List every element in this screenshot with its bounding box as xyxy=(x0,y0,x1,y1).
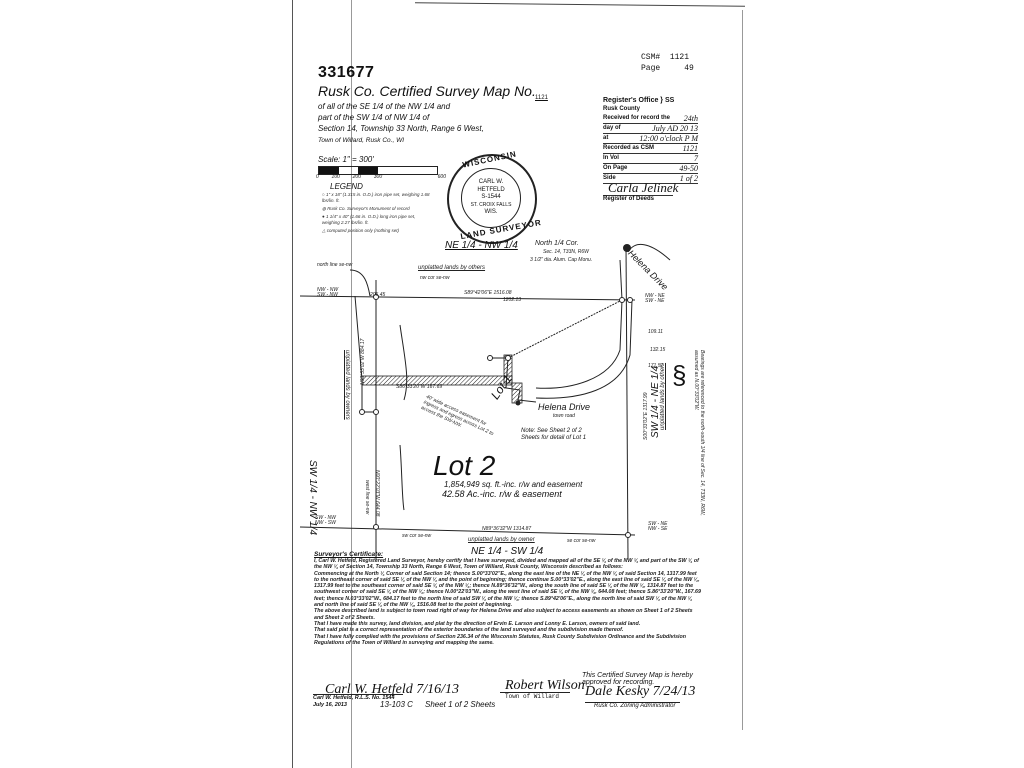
sheet-label: Sheet 1 of 2 Sheets xyxy=(425,700,495,709)
survey-map-drawing xyxy=(290,240,740,560)
register-label: at xyxy=(603,134,608,143)
legend-item: ● 1 1/4" x 40" (1.66 in. O.D.) long iron… xyxy=(322,214,432,226)
north-west-seg: 205.45 xyxy=(370,292,385,298)
document-number: 331677 xyxy=(318,64,374,82)
scale-tick: 0 xyxy=(316,174,319,180)
description-line: Section 14, Township 33 North, Range 6 W… xyxy=(318,124,484,133)
register-title: Register's Office xyxy=(603,97,658,104)
register-value: 24th xyxy=(684,114,698,123)
description-line: part of the SW 1/4 of NW 1/4 of xyxy=(318,113,429,122)
zoning-label: Rusk Co. Zoning Administrator xyxy=(594,703,675,709)
legend-title: LEGEND xyxy=(330,182,363,191)
north-corner-monument: 3 1/2" dia. Alum. Cap Monu. xyxy=(530,257,592,263)
legend-text: computed position only (nothing set) xyxy=(327,228,399,233)
legend-text: 1" x 18" (1.315 in. O.D.) iron pipe set,… xyxy=(322,192,429,203)
east-seg: 109.11 xyxy=(648,329,663,335)
corner-tag: NW - SE xyxy=(648,526,667,532)
west-lower-bearing: N03°33'02"W 884.17 xyxy=(360,339,366,385)
csm-number: 1121 xyxy=(535,95,548,101)
quarter-label-top: NE 1/4 - NW 1/4 xyxy=(445,240,518,251)
description-line: Town of Willard, Rusk Co., WI xyxy=(318,137,404,144)
register-box: Register's Office } SS Rusk County Recei… xyxy=(603,96,698,184)
register-value: 49-50 xyxy=(679,164,698,173)
register-row: Received for record the24th xyxy=(603,114,698,124)
nw-cor-label: nw cor se-nw xyxy=(420,275,449,281)
quarter-label-bottom: NE 1/4 - SW 1/4 xyxy=(471,546,543,557)
scale-tick: 300 xyxy=(374,174,382,180)
certificate-paragraph: I, Carl W. Hetfeld, Registered Land Surv… xyxy=(314,558,702,571)
register-signature: Carla Jelinek xyxy=(608,180,678,196)
east-line-bearing: S00°33'02"E 1317.99 xyxy=(643,392,649,440)
sw-cor-label: sw cor se-nw xyxy=(402,533,431,539)
legend-text: 1 1/4" x 40" (1.66 in. O.D.) long iron p… xyxy=(322,214,415,225)
register-value: 1 of 2 xyxy=(680,174,698,183)
north-line-bearing: S89°42'06"E 1516.08 xyxy=(464,290,512,296)
seal-line: WIS. xyxy=(462,209,520,217)
certificate-title: Surveyor's Certificate: xyxy=(314,551,383,558)
register-signature-label: Register of Deeds xyxy=(603,195,673,202)
register-ss: SS xyxy=(665,97,674,104)
north-corner-sec: Sec. 14, T33N, R6W xyxy=(543,249,589,255)
corner-tag: SW - NW xyxy=(317,292,338,298)
unplatted-right: unplatted lands by others xyxy=(660,363,666,430)
register-row: Recorded as CSM1121 xyxy=(603,144,698,154)
register-value: 12:00 o'clock P M xyxy=(639,134,698,143)
register-row: at12:00 o'clock P M xyxy=(603,134,698,144)
job-number: 13-103 C xyxy=(380,700,413,709)
seal-line: HETFELD xyxy=(462,187,520,195)
unplatted-top: unplatted lands by others xyxy=(418,265,485,271)
scale-tick: 200 xyxy=(353,174,361,180)
seal-line: S-1544 xyxy=(462,194,520,202)
easement-bearing: S86°33'20"W 167.69 xyxy=(396,384,442,390)
register-row: On Page49-50 xyxy=(603,164,698,174)
register-row: day ofJuly AD 20 13 xyxy=(603,124,698,134)
unplatted-left: unplatted lands by owners xyxy=(344,350,350,420)
survey-date: July 16, 2013 xyxy=(313,702,347,708)
seal-line: CARL W. xyxy=(462,179,520,187)
register-value: 7 xyxy=(694,154,698,163)
certificate-paragraph: Commencing at the North ¼ Corner of said… xyxy=(314,571,702,609)
west-line-bearing: N00°22'03"W 644.08 xyxy=(374,470,380,516)
register-value: 1121 xyxy=(683,144,698,153)
north-corner-label: North 1/4 Cor. xyxy=(535,240,579,247)
description-line: of all of the SE 1/4 of the NW 1/4 and xyxy=(318,102,450,111)
seal-line: ST. CROIX FALLS xyxy=(462,202,520,210)
legend-item: ◍ Rusk Co. Surveyor's Monument of record xyxy=(322,206,432,212)
csm-ref-label: CSM# xyxy=(641,53,660,62)
register-row: In Vol7 xyxy=(603,154,698,164)
legend-item: △ computed position only (nothing set) xyxy=(322,228,432,234)
lot2-label: Lot 2 xyxy=(433,450,495,482)
csm-title: Rusk Co. Certified Survey Map No. xyxy=(318,83,536,99)
lot2-area-sqft: 1,854,949 sq. ft.-inc. r/w and easement xyxy=(444,480,582,489)
csm-reference: CSM# 1121 Page 49 xyxy=(641,52,694,74)
west-line-label: west line se-nw xyxy=(364,480,370,514)
town-label: Town of Willard xyxy=(505,693,559,700)
register-label: Recorded as CSM xyxy=(603,144,654,153)
zoning-signature: Dale Kesky 7/24/13 xyxy=(585,684,695,700)
register-label: In Vol xyxy=(603,154,619,163)
csm-ref-value: 1121 xyxy=(670,53,689,62)
helena-drive-label: Helena Drive xyxy=(538,402,590,412)
north-line-label: north line se-nw xyxy=(317,262,352,268)
lot2-area-acres: 42.58 Ac.-inc. r/w & easement xyxy=(442,489,562,499)
east-seg: 132.15 xyxy=(650,347,665,353)
scale-label: Scale: 1" = 300' xyxy=(318,155,374,164)
corner-tag: NW - SW xyxy=(315,520,336,526)
scan-edge-right xyxy=(742,10,743,730)
corner-tag: SW - NE xyxy=(645,298,664,304)
page-ref-value: 49 xyxy=(684,64,694,73)
unplatted-bottom: unplatted lands by owner xyxy=(468,537,535,543)
register-value: July AD 20 13 xyxy=(652,124,698,133)
register-label: On Page xyxy=(603,164,627,173)
register-label: day of xyxy=(603,124,621,133)
scale-tick: 100 xyxy=(332,174,340,180)
page-ref-label: Page xyxy=(641,64,660,73)
certificate-body: I, Carl W. Hetfeld, Registered Land Surv… xyxy=(314,558,702,646)
legend-item: ○ 1" x 18" (1.315 in. O.D.) iron pipe se… xyxy=(322,192,432,204)
scale-tick: 600 xyxy=(438,174,446,180)
south-line-bearing: N89°36'32"W 1314.87 xyxy=(482,526,531,532)
helena-road-sub: town road xyxy=(553,413,575,419)
scan-edge-top xyxy=(415,2,745,6)
seal-inner: CARL W. HETFELD S-1544 ST. CROIX FALLS W… xyxy=(461,168,521,228)
lot1-note: Note: See Sheet 2 of 2 Sheets for detail… xyxy=(521,428,591,442)
se-cor-label: se cor se-nw xyxy=(567,538,595,544)
register-county: Rusk County xyxy=(603,105,698,114)
north-arrow-icon: § xyxy=(672,360,686,391)
bearing-reference-note: Bearings are referenced to the north-sou… xyxy=(693,350,705,520)
north-line-sub: 1202.13 xyxy=(503,297,521,303)
certificate-paragraph: The above described land is subject to t… xyxy=(314,608,702,621)
legend-text: Rusk Co. Surveyor's Monument of record xyxy=(327,206,409,211)
scale-ticks: 0 100 200 300 600 xyxy=(316,174,446,180)
certificate-paragraph: That I have fully complied with the prov… xyxy=(314,634,702,647)
register-label: Received for record the xyxy=(603,114,670,123)
